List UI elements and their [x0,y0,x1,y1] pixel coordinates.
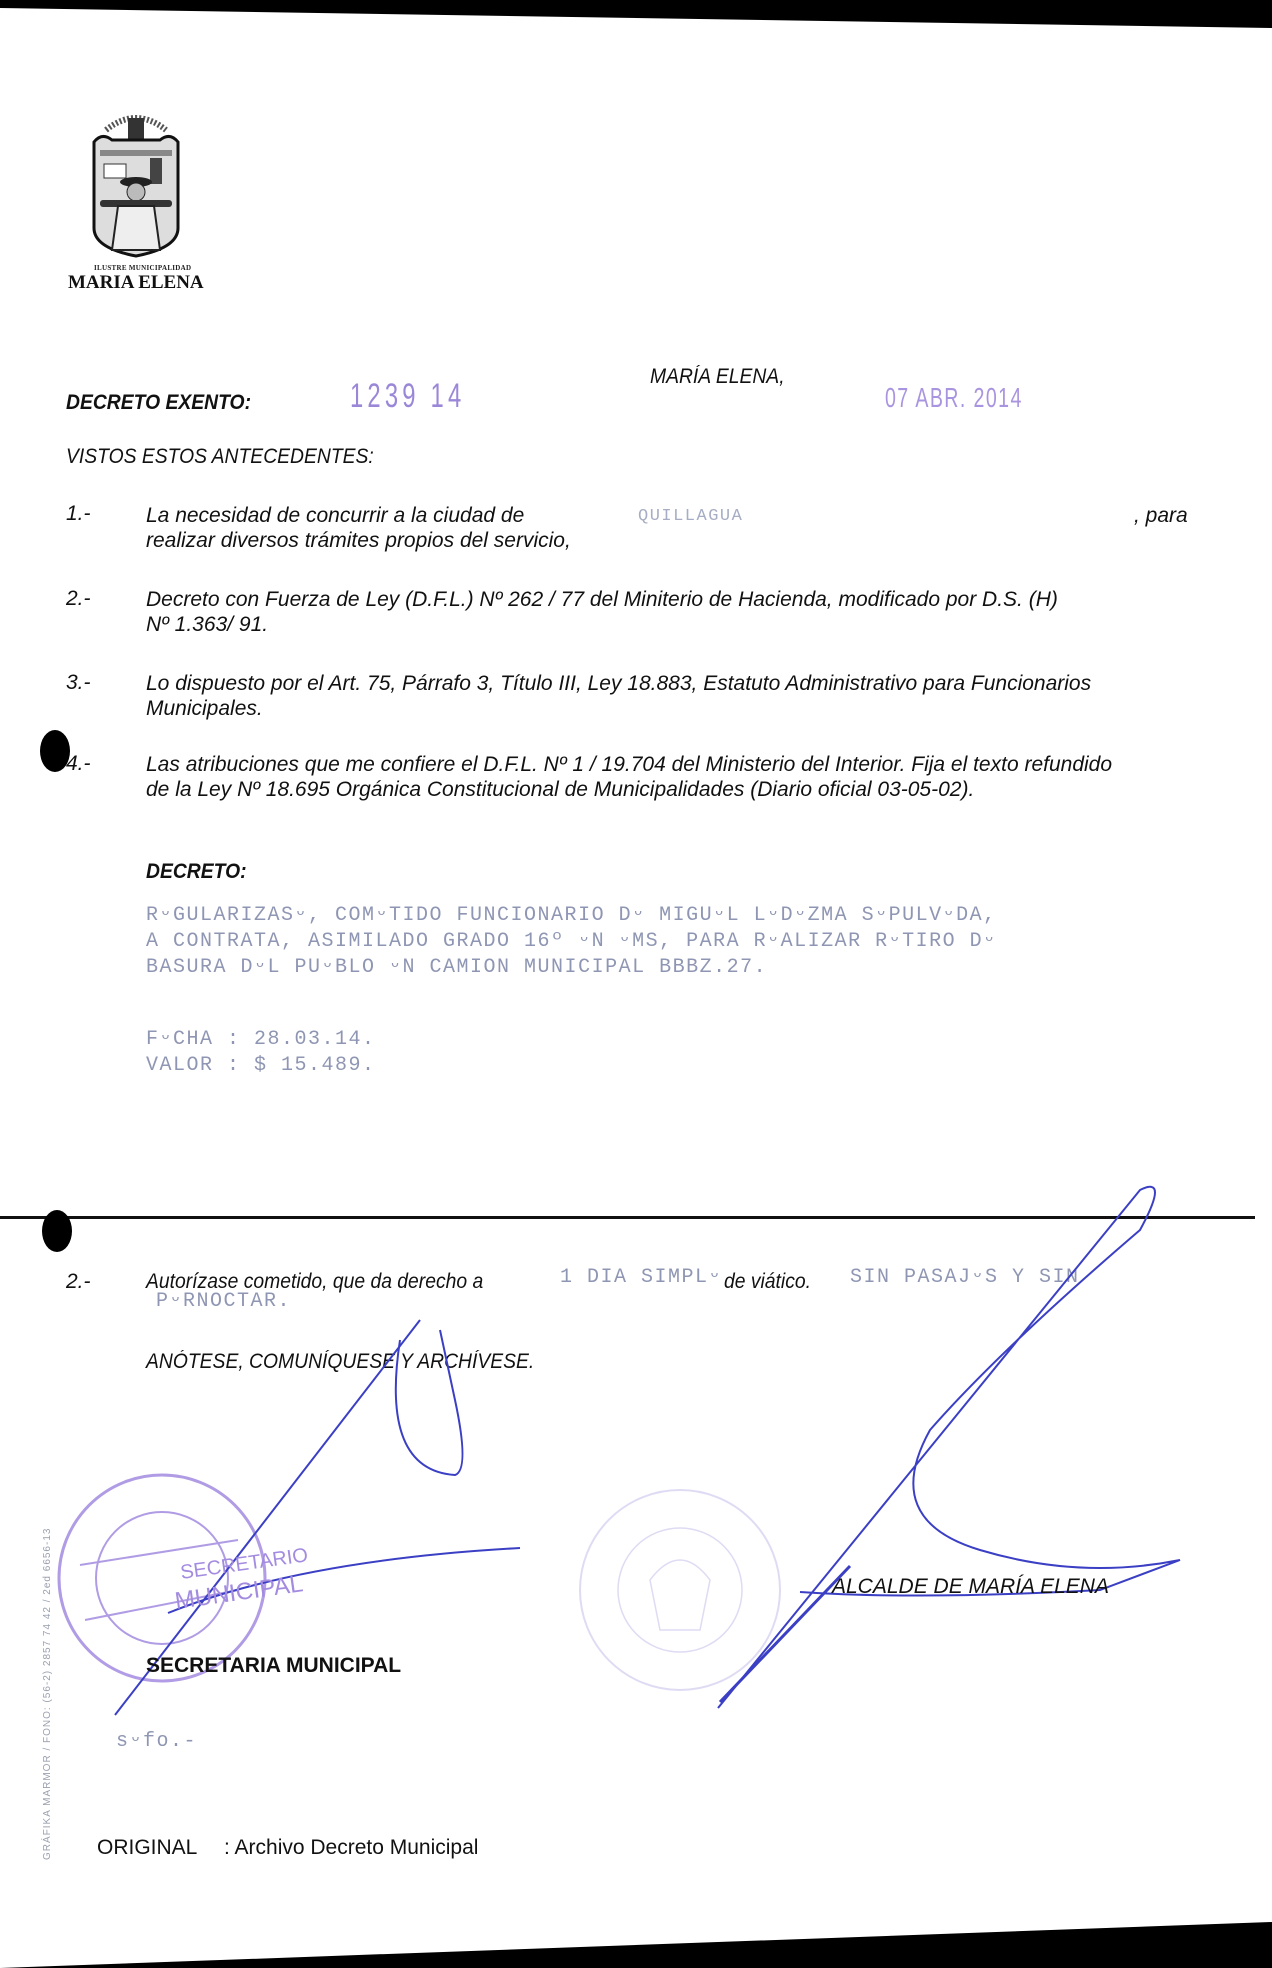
antecedente-4-line1: Las atribuciones que me confiere el D.F.… [146,753,1112,776]
section-divider [0,1216,1255,1219]
antecedentes-heading: VISTOS ESTOS ANTECEDENTES: [66,445,374,469]
viatico-days: 1 DIA SIMPLᵕ [560,1266,722,1289]
antecedente-3: Lo dispuesto por el Art. 75, Párrafo 3, … [146,671,1196,721]
item-number: 2.- [66,587,91,611]
antecedente-1: La necesidad de concurrir a la ciudad de… [146,503,1196,553]
letterhead-subtitle: ILUSTRE MUNICIPALIDAD [94,264,191,272]
antecedente-2: Decreto con Fuerza de Ley (D.F.L.) Nº 26… [146,587,1196,637]
secretary-title: SECRETARIA MUNICIPAL [146,1654,401,1678]
antecedente-1-text: La necesidad de concurrir a la ciudad de [146,504,524,527]
decreto-body-line: RᵕGULARIZASᵕ, COMᵕTIDO FUNCIONARIO Dᵕ MI… [146,903,997,929]
antecedente-4: Las atribuciones que me confiere el D.F.… [146,752,1196,802]
secretary-stamp [59,1475,265,1681]
antecedente-1-line2: realizar diversos trámites propios del s… [146,529,571,552]
decreto-body-line: BASURA DᵕL PUᵕBLO ᵕN CAMION MUNICIPAL BB… [146,955,997,981]
closing-formula: ANÓTESE, COMUNÍQUESE Y ARCHÍVESE. [146,1350,534,1374]
authorization-extra-2: PᵕRNOCTAR. [156,1290,291,1313]
decree-page: ILUSTRE MUNICIPALIDAD MARIA ELENA DECRET… [0,0,1272,1968]
letterhead-title: MARIA ELENA [68,272,204,294]
fecha-line: FᵕCHA : 28.03.14. [146,1027,376,1053]
city-field: QUILLAGUA [638,504,743,529]
distribution-label: ORIGINAL [97,1836,197,1860]
initials: sᵕfo.- [116,1730,197,1753]
decreto-body-line: A CONTRATA, ASIMILADO GRADO 16º ᵕN ᵕMS, … [146,929,997,955]
item-number: 2.- [66,1270,91,1294]
mayor-title: ALCALDE DE MARÍA ELENA [832,1575,1109,1599]
item-number: 4.- [66,752,91,776]
item-number: 1.- [66,502,91,526]
decreto-body: RᵕGULARIZASᵕ, COMᵕTIDO FUNCIONARIO Dᵕ MI… [146,903,997,981]
place-label: MARÍA ELENA, [650,365,785,389]
antecedente-2-line2: Nº 1.363/ 91. [146,613,268,636]
stamp-text-2: MUNICIPAL [173,1570,304,1615]
printer-imprint: GRÁFIKA MARMOR / FONO: (56-2) 2857 74 42… [42,1528,53,1860]
valor-line: VALOR : $ 15.489. [146,1053,376,1079]
municipal-crest-logo [88,110,184,258]
antecedente-4-line2: de la Ley Nº 18.695 Orgánica Constitucio… [146,778,974,801]
decree-number-stamp: 1239 14 [350,377,465,416]
distribution-value: : Archivo Decreto Municipal [224,1836,478,1860]
antecedente-1-tail: , para [1134,503,1188,528]
mayor-signature [718,1187,1180,1708]
antecedente-3-line1: Lo dispuesto por el Art. 75, Párrafo 3, … [146,672,1091,695]
punch-hole [42,1210,72,1252]
mayor-stamp [580,1490,780,1690]
stamp-text-1: SECRETARIO [179,1544,309,1584]
date-stamp: 07 ABR. 2014 [885,382,1023,414]
decree-label: DECRETO EXENTO: [66,391,251,415]
antecedente-2-line1: Decreto con Fuerza de Ley (D.F.L.) Nº 26… [146,588,1058,611]
decreto-details: FᵕCHA : 28.03.14. VALOR : $ 15.489. [146,1027,376,1079]
authorization-tail: de viático. [724,1270,811,1294]
antecedente-3-line2: Municipales. [146,697,263,720]
decreto-heading: DECRETO: [146,860,247,884]
item-number: 3.- [66,671,91,695]
authorization-extra-1: SIN PASAJᵕS Y SIN [850,1266,1080,1289]
